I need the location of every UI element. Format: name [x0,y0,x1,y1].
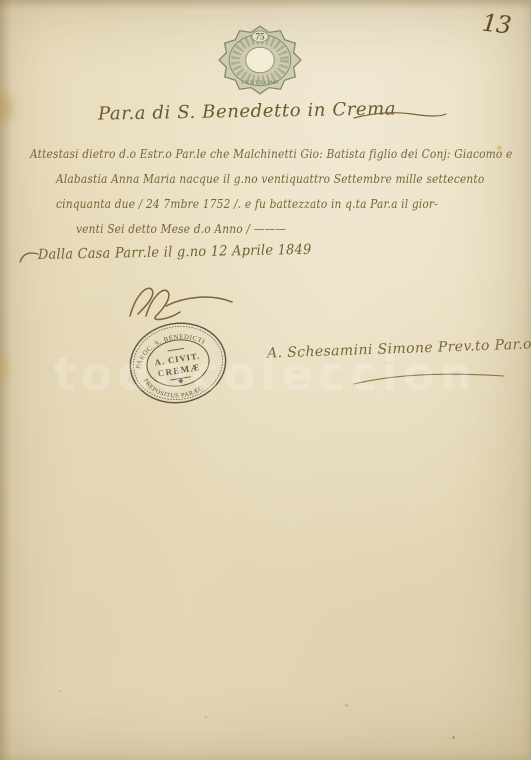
countersignature: A. Schesamini Simone Prev.to Par.o [267,335,531,362]
body-line: Alabastia Anna Maria nacque il g.no vent… [56,166,459,191]
body-line: cinquanta due / 24 7mbre 1752 /. e fu ba… [56,191,459,216]
revenue-stamp-denomination: CENTESIMI [241,80,278,86]
body-line: Attestasi dietro d.o Estr.o Par.le che M… [30,141,455,166]
revenue-stamp-value: 75 [255,32,265,42]
parish-oval-stamp: PAROC. S. BENEDICTI PREPOSITUS PARÆC. A.… [126,318,230,408]
paper-stain [0,84,18,132]
countersignature-flourish [352,368,508,388]
paper-speck [58,690,61,692]
dateline: Dalla Casa Parr.le il g.no 12 Aprile 184… [38,241,312,266]
paper-edge-shading-top [0,0,531,10]
title-underline-flourish [352,108,448,124]
embossed-revenue-stamp-icon: 75 CENTESIMI [216,22,304,98]
scanned-document-page: 13 75 CENTESIMI Par.a di S. Benedetto in… [0,0,531,760]
page-number: 13 [481,11,512,38]
paper-speck [452,736,455,739]
body-line: venti Sei detto Mese d.o Anno / ——— [76,216,462,241]
paper-speck [345,704,348,707]
paper-speck [205,716,207,718]
attestation-body: Attestasi dietro d.o Estr.o Par.le che M… [30,141,530,241]
paper-speck [497,146,502,150]
